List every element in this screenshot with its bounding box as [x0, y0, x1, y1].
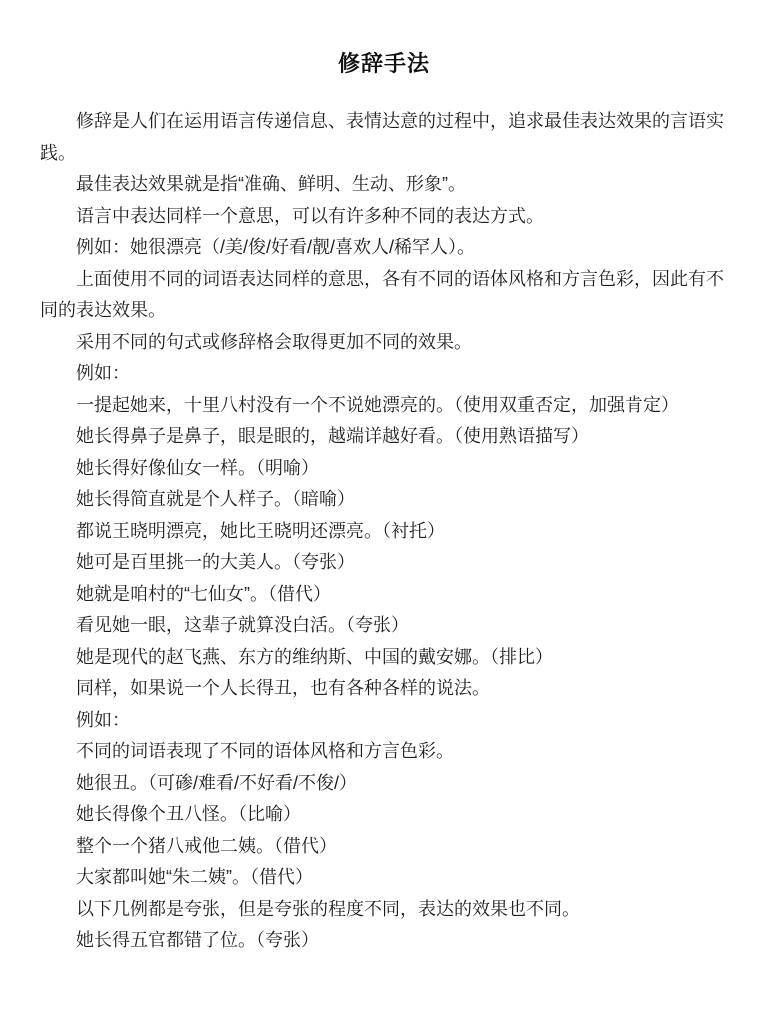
paragraph-13: 她可是百里挑一的大美人。（夸张）	[40, 547, 740, 579]
paragraph-1: 修辞是人们在运用语言传递信息、表情达意的过程中，追求最佳表达效果的言语实践。	[40, 106, 740, 169]
paragraph-18: 例如：	[40, 705, 740, 737]
paragraph-22: 整个一个猪八戒他二姨。（借代）	[40, 831, 740, 863]
paragraph-21: 她长得像个丑八怪。（比喻）	[40, 799, 740, 831]
paragraph-20: 她很丑。（可碜/难看/不好看/不俊/）	[40, 768, 740, 800]
document-page: 修辞手法 修辞是人们在运用语言传递信息、表情达意的过程中，追求最佳表达效果的言语…	[0, 0, 768, 1024]
paragraph-11: 她长得简直就是个人样子。（暗喻）	[40, 484, 740, 516]
paragraph-25: 她长得五官都错了位。（夸张）	[40, 925, 740, 957]
paragraph-14: 她就是咱村的“七仙女”。（借代）	[40, 579, 740, 611]
document-title: 修辞手法	[40, 48, 728, 79]
paragraph-8: 一提起她来，十里八村没有一个不说她漂亮的。（使用双重否定，加强肯定）	[40, 390, 740, 422]
paragraph-4: 例如：她很漂亮（/美/俊/好看/靓/喜欢人/稀罕人）。	[40, 232, 740, 264]
paragraph-15: 看见她一眼，这辈子就算没白活。（夸张）	[40, 610, 740, 642]
paragraph-9: 她长得鼻子是鼻子，眼是眼的，越端详越好看。（使用熟语描写）	[40, 421, 740, 453]
paragraph-5: 上面使用不同的词语表达同样的意思，各有不同的语体风格和方言色彩，因此有不同的表达…	[40, 264, 740, 327]
paragraph-17: 同样，如果说一个人长得丑，也有各种各样的说法。	[40, 673, 740, 705]
paragraph-23: 大家都叫她“朱二姨”。（借代）	[40, 862, 740, 894]
paragraph-3: 语言中表达同样一个意思，可以有许多种不同的表达方式。	[40, 201, 740, 233]
paragraph-16: 她是现代的赵飞燕、东方的维纳斯、中国的戴安娜。（排比）	[40, 642, 740, 674]
paragraph-7: 例如：	[40, 358, 740, 390]
paragraph-6: 采用不同的句式或修辞格会取得更加不同的效果。	[40, 327, 740, 359]
paragraph-10: 她长得好像仙女一样。（明喻）	[40, 453, 740, 485]
document-body: 修辞是人们在运用语言传递信息、表情达意的过程中，追求最佳表达效果的言语实践。 最…	[40, 106, 740, 957]
paragraph-12: 都说王晓明漂亮，她比王晓明还漂亮。（衬托）	[40, 516, 740, 548]
paragraph-19: 不同的词语表现了不同的语体风格和方言色彩。	[40, 736, 740, 768]
paragraph-24: 以下几例都是夸张，但是夸张的程度不同，表达的效果也不同。	[40, 894, 740, 926]
paragraph-2: 最佳表达效果就是指“准确、鲜明、生动、形象”。	[40, 169, 740, 201]
